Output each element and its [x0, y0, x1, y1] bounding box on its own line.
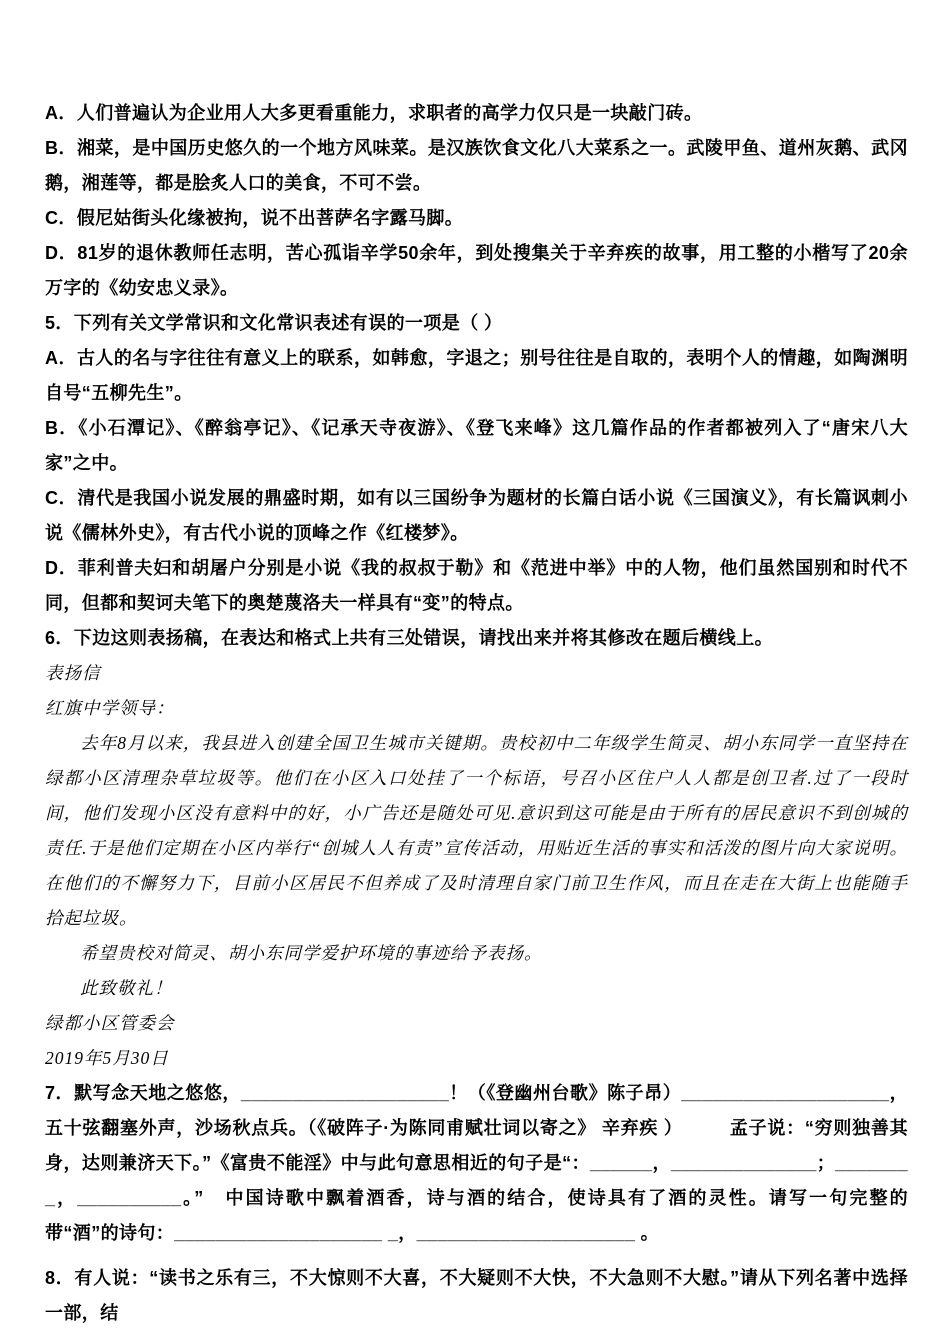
q5-stem: 5．下列有关文学常识和文化常识表述有误的一项是（ ）: [45, 306, 908, 341]
letter-paragraph-1: 去年8月以来，我县进入创建全国卫生城市关键期。贵校初中二年级学生简灵、胡小东同学…: [45, 726, 908, 936]
letter-signature: 绿都小区管委会: [45, 1006, 908, 1041]
q5-option-c: C．清代是我国小说发展的鼎盛时期，如有以三国纷争为题材的长篇白话小说《三国演义》…: [45, 481, 908, 551]
letter-title: 表扬信: [45, 656, 908, 691]
q5-option-d: D．菲利普夫妇和胡屠户分别是小说《我的叔叔于勒》和《范进中举》中的人物，他们虽然…: [45, 551, 908, 621]
q4-option-d: D．81岁的退休教师任志明，苦心孤诣辛学50余年，到处搜集关于辛弃疾的故事，用工…: [45, 236, 908, 306]
q4-option-b: B．湘菜，是中国历史悠久的一个地方风味菜。是汉族饮食文化八大菜系之一。武陵甲鱼、…: [45, 131, 908, 201]
q8-stem: 8．有人说：“读书之乐有三，不大惊则不大喜，不大疑则不大快，不大急则不大慰。”请…: [45, 1261, 908, 1331]
q4-option-a: A．人们普遍认为企业用人大多更看重能力，求职者的高学力仅只是一块敲门砖。: [45, 96, 908, 131]
q4-option-c: C．假尼姑街头化缘被拘，说不出菩萨名字露马脚。: [45, 201, 908, 236]
q5-option-a: A．古人的名与字往往有意义上的联系，如韩愈，字退之；别号往往是自取的，表明个人的…: [45, 341, 908, 411]
letter-closing: 此致敬礼！: [45, 971, 908, 1006]
letter-paragraph-2: 希望贵校对简灵、胡小东同学爱护环境的事迹给予表扬。: [45, 936, 908, 971]
letter-date: 2019年5月30日: [45, 1041, 908, 1076]
document-body: A．人们普遍认为企业用人大多更看重能力，求职者的高学力仅只是一块敲门砖。B．湘菜…: [45, 96, 908, 1331]
q7-stem: 7．默写念天地之悠悠，____________________！（《登幽州台歌》…: [45, 1076, 908, 1251]
q6-stem: 6．下边这则表扬稿，在表达和格式上共有三处错误，请找出来并将其修改在题后横线上。: [45, 621, 908, 656]
q5-option-b: B．《小石潭记》、《醉翁亭记》、《记承天寺夜游》、《登飞来峰》这几篇作品的作者都…: [45, 411, 908, 481]
letter-salutation: 红旗中学领导：: [45, 691, 908, 726]
exam-page: A．人们普遍认为企业用人大多更看重能力，求职者的高学力仅只是一块敲门砖。B．湘菜…: [0, 0, 950, 1344]
